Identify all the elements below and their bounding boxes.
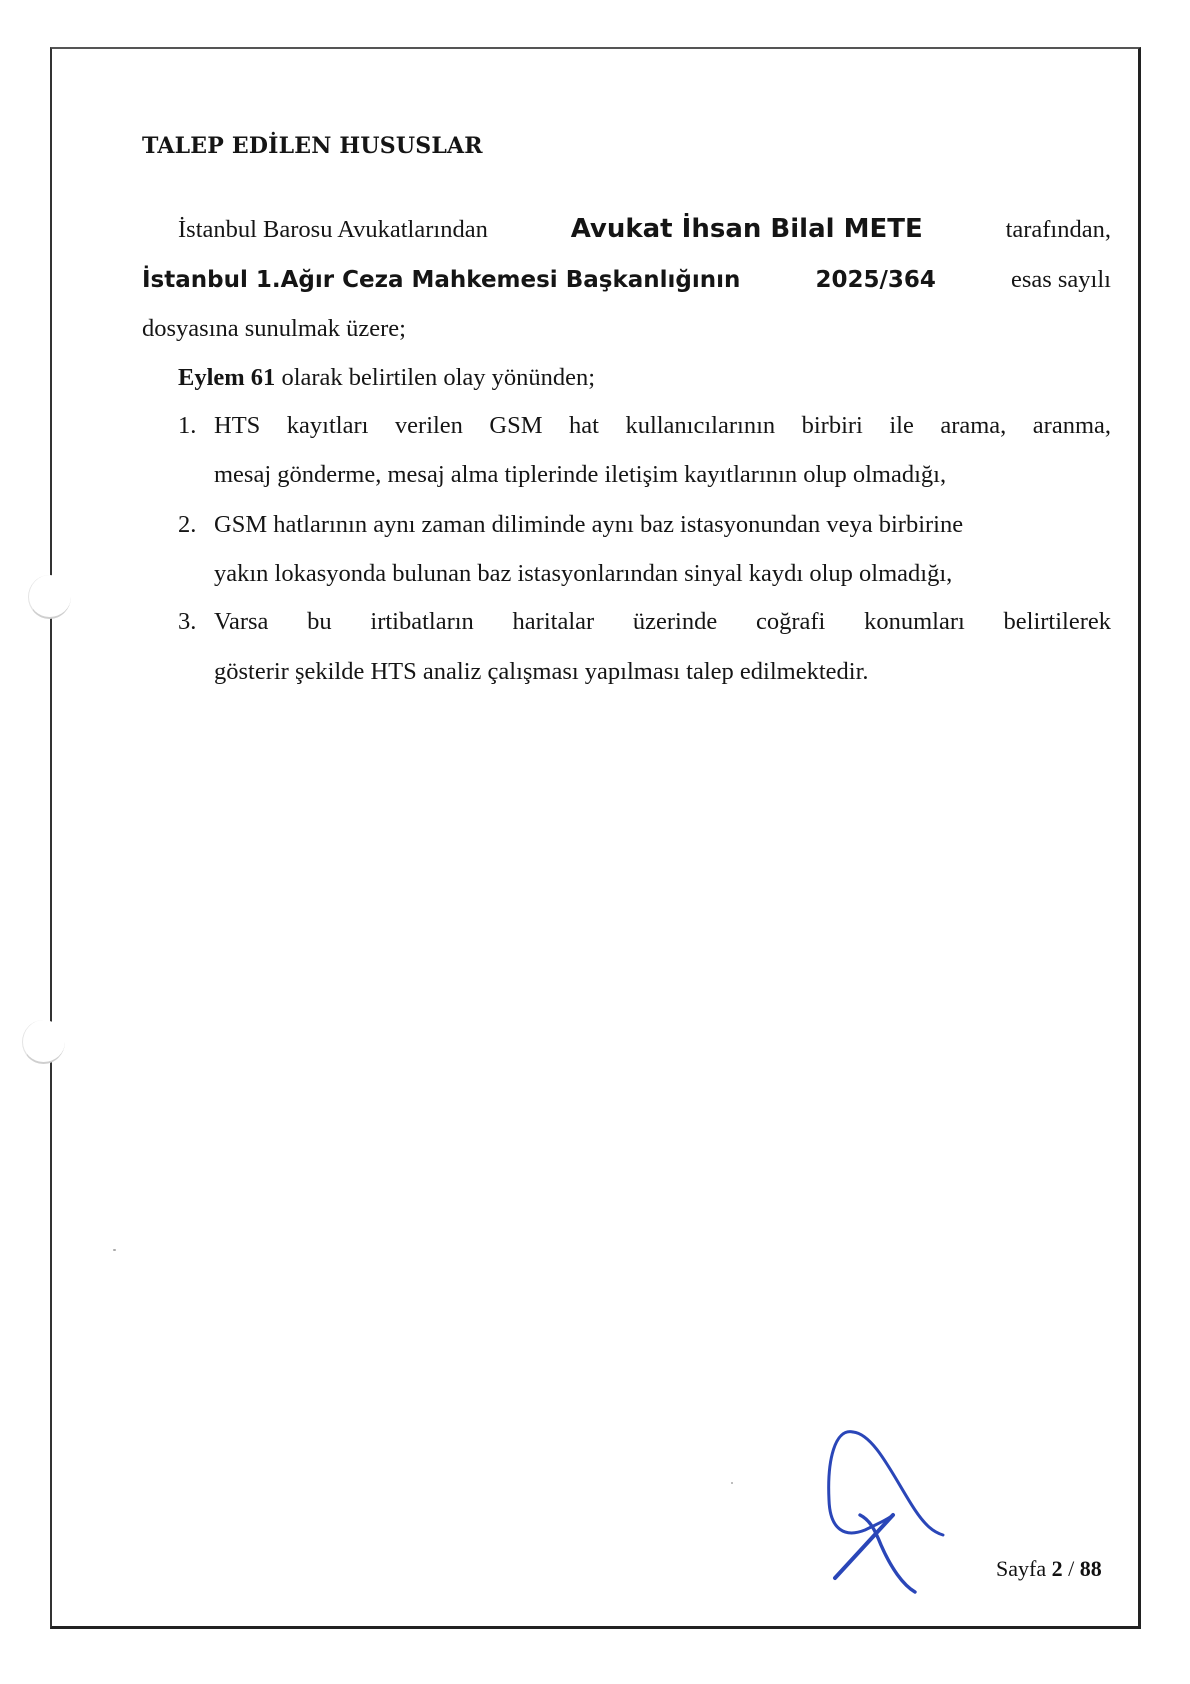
item-number: 3. [178, 608, 196, 636]
page-number: Sayfa 2 / 88 [996, 1556, 1102, 1582]
event-line: Eylem 61 olarak belirtilen olay yönünden… [178, 364, 1147, 392]
case-number: 2025/364 [815, 267, 935, 293]
item-number: 1. [178, 412, 196, 440]
event-label: Eylem 61 [178, 364, 275, 391]
item-line-2: yakın lokasyonda bulunan baz istasyonlar… [214, 560, 1111, 588]
punch-hole-mark [28, 575, 71, 619]
intro-line-1: İstanbul Barosu Avukatlarından Avukat İh… [178, 214, 1111, 244]
scan-speck [113, 1249, 116, 1251]
intro-suffix: tarafından, [1006, 216, 1111, 244]
item-line-1: HTS kayıtları verilen GSM hat kullanıcıl… [214, 412, 1111, 440]
page-separator: / [1068, 1556, 1074, 1581]
page-prefix: Sayfa [996, 1556, 1046, 1581]
item-line-1: Varsa bu irtibatların haritalar üzerinde… [214, 608, 1111, 636]
punch-hole-mark [22, 1020, 65, 1064]
current-page: 2 [1052, 1556, 1063, 1581]
attorney-name: Avukat İhsan Bilal METE [571, 214, 923, 244]
intro-line-2: İstanbul 1.Ağır Ceza Mahkemesi Başkanlığ… [142, 266, 1111, 294]
intro-line-3: dosyasına sunulmak üzere; [142, 315, 1111, 343]
scan-speck [731, 1482, 733, 1484]
item-line-2: gösterir şekilde HTS analiz çalışması ya… [214, 658, 1111, 686]
item-line-2: mesaj gönderme, mesaj alma tiplerinde il… [214, 461, 1111, 489]
section-heading: TALEP EDİLEN HUSUSLAR [142, 133, 483, 159]
total-pages: 88 [1080, 1556, 1102, 1581]
case-suffix: esas sayılı [1011, 266, 1111, 294]
item-line-1: GSM hatlarının aynı zaman diliminde aynı… [214, 511, 1111, 539]
item-number: 2. [178, 511, 196, 539]
court-name: İstanbul 1.Ağır Ceza Mahkemesi Başkanlığ… [142, 267, 740, 293]
signature-icon [815, 1420, 965, 1600]
intro-prefix: İstanbul Barosu Avukatlarından [178, 216, 488, 244]
event-text: olarak belirtilen olay yönünden; [281, 364, 595, 391]
